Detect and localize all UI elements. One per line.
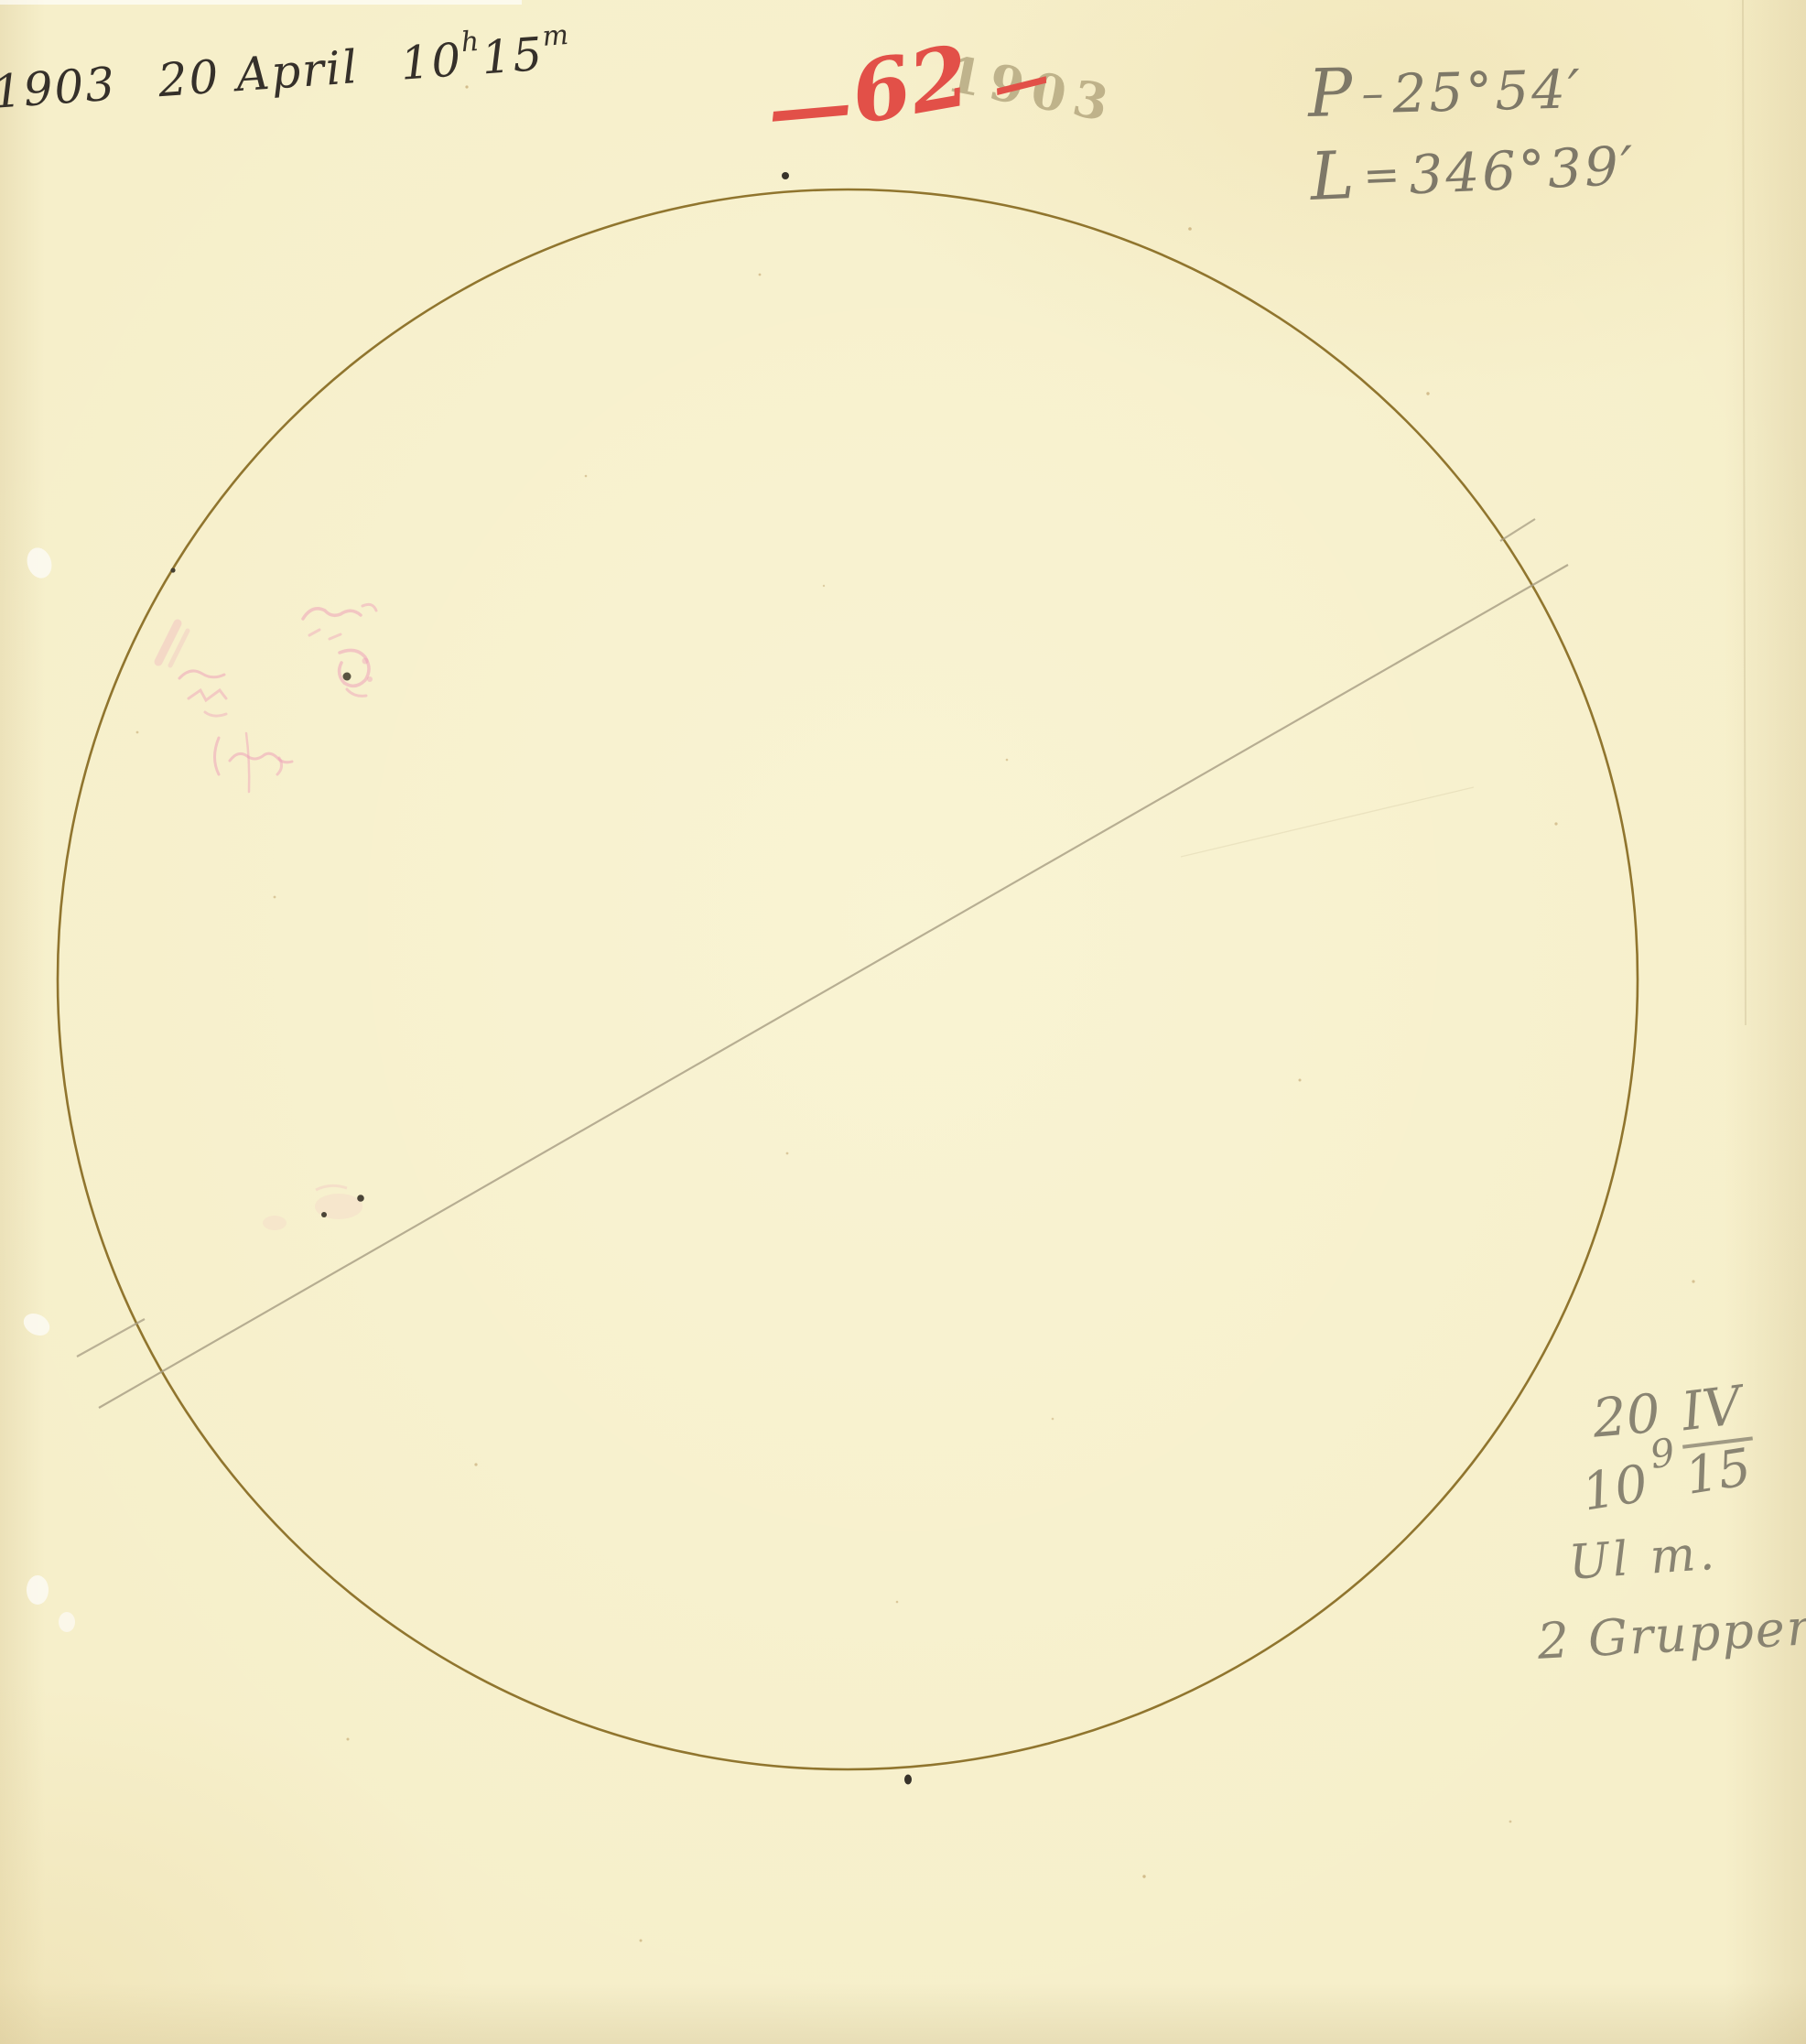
hour-text: 10 bbox=[399, 33, 465, 91]
sheet-number: —62— bbox=[765, 27, 1051, 135]
paper-speck bbox=[136, 85, 1695, 1941]
paper-chip bbox=[27, 1575, 49, 1605]
ink-fleck-on-limb bbox=[170, 568, 175, 572]
p-separator: – bbox=[1361, 71, 1384, 116]
hour-unit-superscript: h bbox=[460, 26, 482, 59]
note-minute: 15 bbox=[1682, 1438, 1756, 1507]
observation-sheet: 190320 April10h15m 1903 —62— P – 25°54′ … bbox=[0, 0, 1806, 2044]
registration-dot-top bbox=[782, 172, 789, 179]
paper-chip bbox=[20, 1309, 54, 1340]
p-angle-row: P – 25°54′ bbox=[1307, 52, 1634, 126]
sheet-number-value: 62 bbox=[844, 26, 977, 144]
orientation-line bbox=[99, 565, 1568, 1408]
paper-crease bbox=[1181, 787, 1474, 857]
position-angle-block: P – 25°54′ L = 346°39′ bbox=[1307, 52, 1637, 207]
sunspot-pair-southwest bbox=[263, 1185, 364, 1230]
note-instrument: Ul m. bbox=[1567, 1526, 1720, 1591]
l-label: L bbox=[1309, 142, 1356, 210]
orientation-tick-lower-left bbox=[77, 1319, 145, 1357]
sunspot-group-sketch-west bbox=[158, 623, 292, 792]
p-label: P bbox=[1307, 59, 1353, 126]
minute-text: 15 bbox=[480, 27, 546, 85]
solar-disk-outline bbox=[58, 189, 1638, 1769]
registration-dot-bottom bbox=[904, 1775, 912, 1785]
paper-edge-highlight bbox=[0, 0, 522, 5]
paper-chip bbox=[59, 1612, 75, 1632]
sheet-number-dash-left: — bbox=[763, 54, 850, 159]
year-text: 1903 bbox=[0, 58, 118, 119]
paper-edge-line bbox=[1743, 0, 1746, 1025]
l-value: 346°39′ bbox=[1408, 139, 1637, 202]
minute-unit-superscript: m bbox=[541, 19, 571, 53]
l-separator: = bbox=[1362, 153, 1400, 199]
sheet-number-dash-right: — bbox=[985, 42, 1056, 121]
p-value: 25°54′ bbox=[1392, 62, 1584, 120]
sunspot-group-sketch-east bbox=[303, 604, 376, 696]
orientation-tick-upper-right bbox=[1500, 519, 1535, 541]
note-hour: 10 bbox=[1578, 1454, 1652, 1522]
solar-disk-drawing bbox=[0, 0, 1806, 2044]
sunspot-nucleus bbox=[343, 673, 351, 681]
l-angle-row: L = 346°39′ bbox=[1309, 130, 1638, 210]
paper-chip bbox=[23, 545, 55, 581]
